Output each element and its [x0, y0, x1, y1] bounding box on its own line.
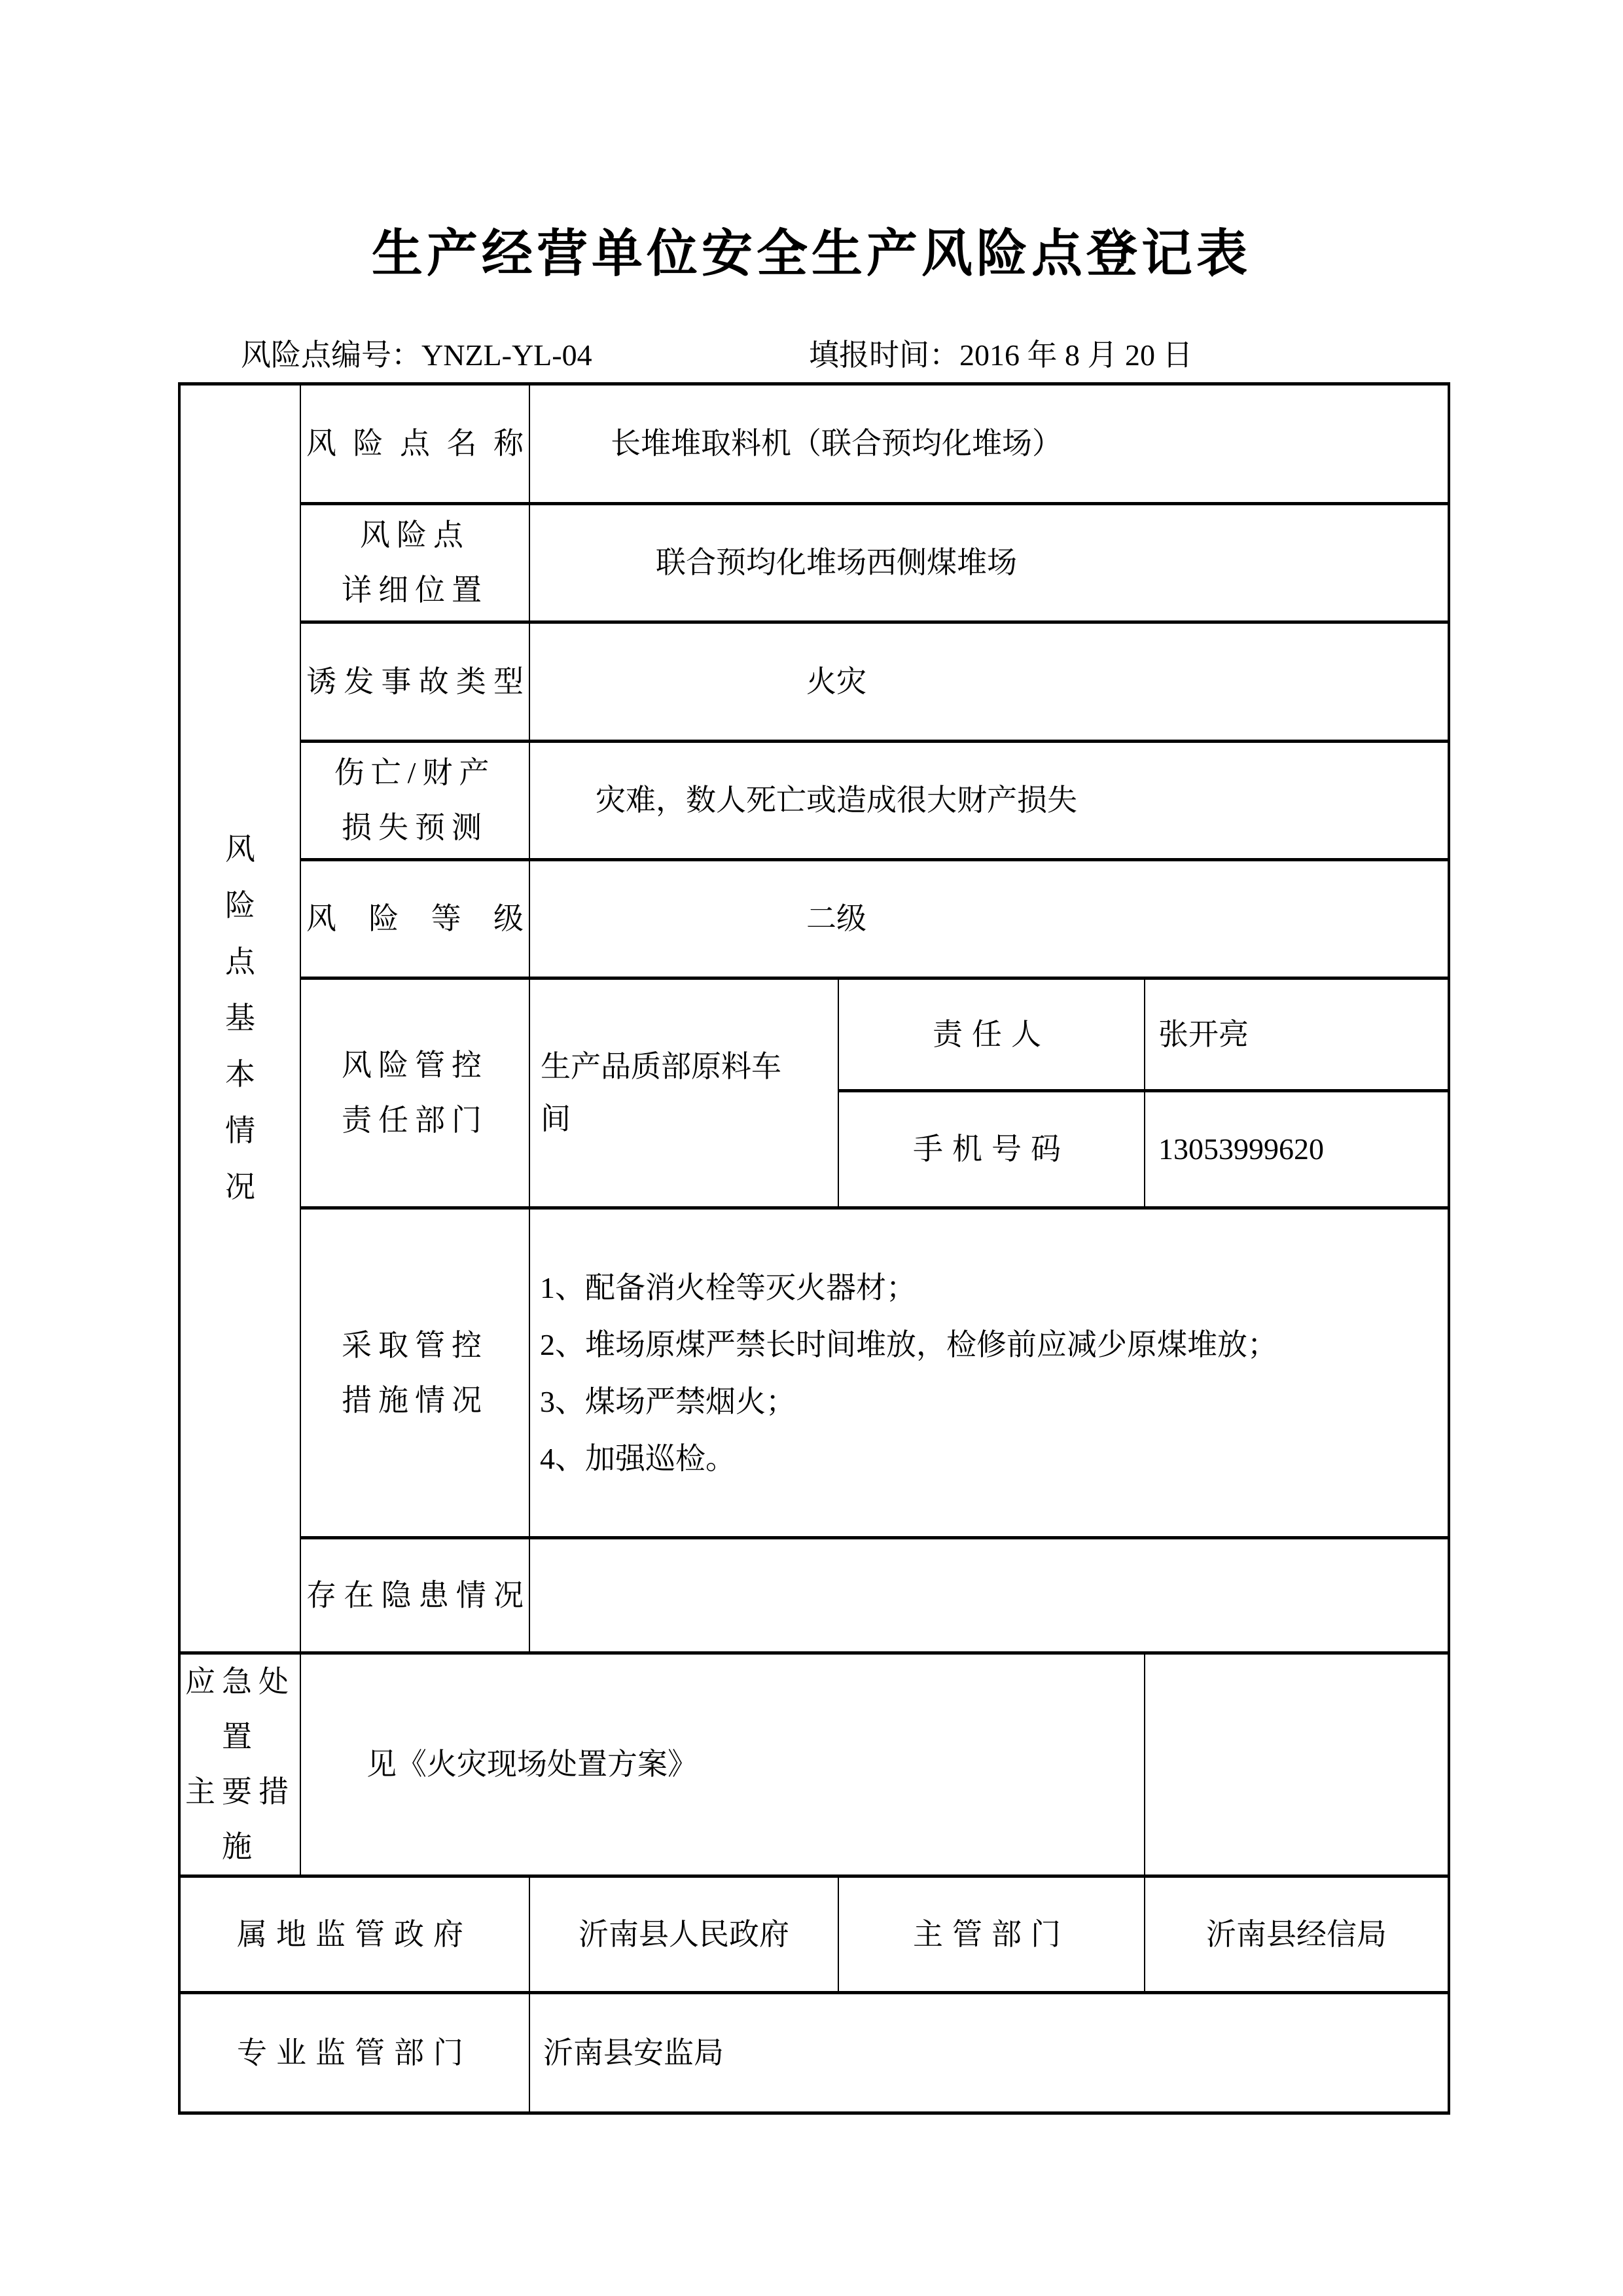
label-control-dept: 风险管控 责任部门 — [300, 978, 529, 1208]
row-existing-hazards: 存在隐患情况 — [179, 1538, 1449, 1653]
value-local-government: 沂南县人民政府 — [529, 1876, 838, 1993]
row-emergency-measures: 应急处置 主要措施 见《火灾现场处置方案》 — [179, 1653, 1449, 1876]
value-phone-number: 13053999620 — [1145, 1091, 1449, 1208]
sidebar-risk-point-basic-info: 风险点基本情况 — [179, 384, 300, 1653]
value-risk-point-location: 联合预均化堆场西侧煤堆场 — [529, 504, 1449, 622]
value-supervising-department: 沂南县经信局 — [1145, 1876, 1449, 1993]
label-risk-point-location: 风险点 详细位置 — [300, 504, 529, 622]
label-emergency-measures: 应急处置 主要措施 — [179, 1653, 300, 1876]
value-control-dept: 生产品质部原料车间 — [529, 978, 838, 1208]
label-professional-supervision: 专业监管部门 — [179, 1993, 529, 2113]
row-risk-level: 风险等级 二级 — [179, 860, 1449, 978]
label-responsible-person: 责任人 — [838, 978, 1145, 1091]
row-control-dept-person: 风险管控 责任部门 生产品质部原料车间 责任人 张开亮 — [179, 978, 1449, 1091]
row-professional-supervision: 专业监管部门 沂南县安监局 — [179, 1993, 1449, 2113]
value-risk-level: 二级 — [529, 860, 1449, 978]
row-risk-point-location: 风险点 详细位置 联合预均化堆场西侧煤堆场 — [179, 504, 1449, 622]
page-title: 生产经营单位安全生产风险点登记表 — [0, 0, 1623, 285]
value-risk-point-name: 长堆堆取料机（联合预均化堆场） — [529, 384, 1449, 504]
value-accident-type: 火灾 — [529, 622, 1449, 742]
label-control-measures: 采取管控 措施情况 — [300, 1208, 529, 1538]
risk-registration-table: 风险点基本情况 风险点名称 长堆堆取料机（联合预均化堆场） 风险点 详细位置 联… — [178, 382, 1450, 2115]
row-risk-point-name: 风险点基本情况 风险点名称 长堆堆取料机（联合预均化堆场） — [179, 384, 1449, 504]
label-risk-point-name: 风险点名称 — [300, 384, 529, 504]
value-control-measures: 1、配备消火栓等灭火器材； 2、堆场原煤严禁长时间堆放，检修前应减少原煤堆放； … — [529, 1208, 1449, 1538]
label-existing-hazards: 存在隐患情况 — [300, 1538, 529, 1653]
value-professional-supervision: 沂南县安监局 — [529, 1993, 1449, 2113]
sidebar-vertical-text: 风险点基本情况 — [224, 821, 256, 1215]
label-risk-level: 风险等级 — [300, 860, 529, 978]
label-local-government: 属地监管政府 — [179, 1876, 529, 1993]
row-loss-forecast: 伤亡/财产 损失预测 灾难，数人死亡或造成很大财产损失 — [179, 742, 1449, 860]
value-responsible-person: 张开亮 — [1145, 978, 1449, 1091]
row-control-measures: 采取管控 措施情况 1、配备消火栓等灭火器材； 2、堆场原煤严禁长时间堆放，检修… — [179, 1208, 1449, 1538]
risk-point-number: 风险点编号：YNZL-YL-04 — [241, 331, 592, 380]
form-meta-line: 风险点编号：YNZL-YL-04 填报时间：2016 年 8 月 20 日 — [178, 331, 1448, 380]
row-local-government: 属地监管政府 沂南县人民政府 主管部门 沂南县经信局 — [179, 1876, 1449, 1993]
value-loss-forecast: 灾难，数人死亡或造成很大财产损失 — [529, 742, 1449, 860]
document-page: 生产经营单位安全生产风险点登记表 风险点编号：YNZL-YL-04 填报时间：2… — [0, 0, 1623, 2296]
label-accident-type: 诱发事故类型 — [300, 622, 529, 742]
label-loss-forecast: 伤亡/财产 损失预测 — [300, 742, 529, 860]
fill-time: 填报时间：2016 年 8 月 20 日 — [809, 331, 1193, 380]
value-emergency-measures: 见《火灾现场处置方案》 — [300, 1653, 1145, 1876]
value-existing-hazards — [529, 1538, 1449, 1653]
label-supervising-department: 主管部门 — [838, 1876, 1145, 1993]
row-accident-type: 诱发事故类型 火灾 — [179, 622, 1449, 742]
label-phone-number: 手机号码 — [838, 1091, 1145, 1208]
